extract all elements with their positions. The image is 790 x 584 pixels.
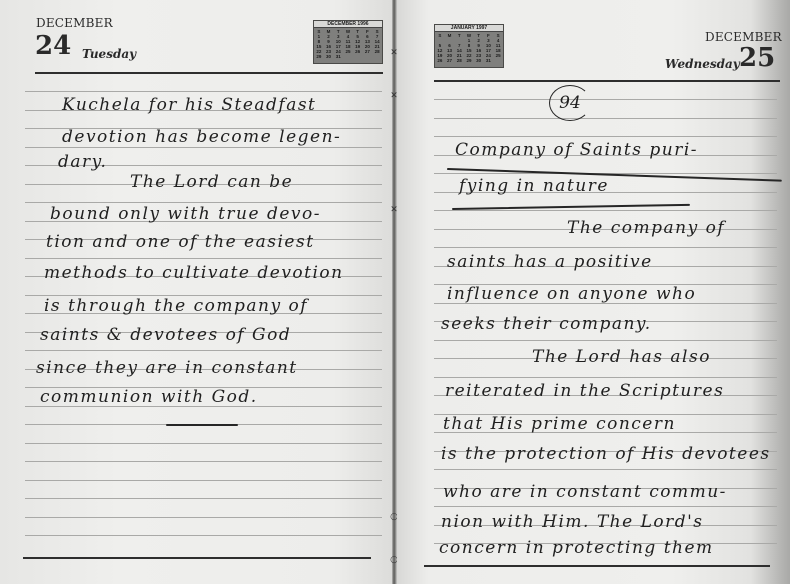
- ruled-line: [25, 517, 382, 518]
- cal-day: 29: [314, 54, 324, 59]
- handwritten-line: dary.: [58, 152, 107, 172]
- header-divider: [434, 80, 780, 82]
- ruled-line: [434, 99, 777, 100]
- handwritten-line: communion with God.: [40, 387, 258, 407]
- footer-divider: [23, 557, 371, 559]
- mini-calendar-title: DECEMBER 1996: [314, 21, 382, 28]
- ruled-line: [25, 535, 382, 536]
- ruled-line: [25, 202, 382, 203]
- ruled-line: [434, 469, 777, 470]
- handwritten-line: methods to cultivate devotion: [44, 263, 344, 283]
- cal-day: [372, 54, 382, 59]
- mini-calendar-title: JANUARY 1997: [435, 25, 503, 32]
- handwritten-line: bound only with true devo-: [50, 204, 321, 224]
- footer-divider: [424, 565, 770, 567]
- mini-calendar-grid: S M T W T F S 1 2 3 4 5 6 7 8: [435, 33, 503, 63]
- cal-day: [363, 54, 373, 59]
- ruled-line: [25, 461, 382, 462]
- ruled-line: [434, 210, 777, 211]
- cal-day: 31: [484, 58, 494, 63]
- mini-calendar-grid: S M T W T F S 1 2 3 4 5 6 7 8 9 10 1: [314, 29, 382, 59]
- ruled-line: [434, 136, 777, 137]
- handwritten-line: seeks their company.: [441, 314, 652, 334]
- left-month-label: DECEMBER: [36, 16, 113, 30]
- cal-day: 26: [435, 58, 445, 63]
- handwritten-line: influence on anyone who: [447, 284, 696, 304]
- end-of-entry-mark: [166, 424, 238, 426]
- handwritten-line: saints has a positive: [447, 252, 653, 272]
- ruled-line: [25, 91, 382, 92]
- handwritten-line: devotion has become legen-: [62, 127, 341, 147]
- entry-heading-line: fying in nature: [459, 176, 609, 196]
- diary-page-right: JANUARY 1997 S M T W T F S 1 2 3 4 5: [397, 0, 790, 584]
- cal-day: 27: [445, 58, 455, 63]
- handwritten-line: that His prime concern: [443, 414, 676, 434]
- ruled-line: [25, 350, 382, 351]
- handwritten-line: is the protection of His devotees: [441, 444, 771, 464]
- handwritten-line: saints & devotees of God: [40, 325, 291, 345]
- handwritten-line: tion and one of the easiest: [46, 232, 315, 252]
- left-weekday-label: Tuesday: [82, 47, 136, 61]
- right-weekday-label: Wednesday: [665, 57, 740, 71]
- right-day-number: 25: [739, 45, 775, 71]
- right-month-label: DECEMBER: [705, 30, 782, 44]
- left-day-number: 24: [35, 33, 71, 59]
- cal-day: 31: [333, 54, 343, 59]
- mini-calendar-december-1996: DECEMBER 1996 S M T W T F S 1 2 3 4 5 6 …: [313, 20, 383, 64]
- handwritten-line: reiterated in the Scriptures: [445, 381, 724, 401]
- handwritten-line: concern in protecting them: [439, 538, 714, 558]
- handwritten-line: The Lord can be: [130, 172, 293, 192]
- ruled-line: [434, 377, 777, 378]
- ruled-line: [434, 247, 777, 248]
- cal-day: 29: [464, 58, 474, 63]
- cal-day: 30: [324, 54, 334, 59]
- cal-day: 30: [474, 58, 484, 63]
- cal-day: [493, 58, 503, 63]
- ruled-line: [25, 498, 382, 499]
- handwritten-line: The Lord has also: [532, 347, 711, 367]
- handwritten-line: The company of: [567, 218, 725, 238]
- ruled-line: [25, 480, 382, 481]
- cal-day: 28: [454, 58, 464, 63]
- ruled-line: [25, 443, 382, 444]
- mini-calendar-january-1997: JANUARY 1997 S M T W T F S 1 2 3 4 5: [434, 24, 504, 68]
- handwritten-line: is through the company of: [44, 296, 308, 316]
- page-number-circled: 94: [549, 85, 591, 121]
- ruled-line: [25, 147, 382, 148]
- header-divider: [35, 72, 383, 74]
- handwritten-line: Kuchela for his Steadfast: [62, 95, 316, 115]
- ruled-line: [434, 506, 777, 507]
- handwritten-line: who are in constant commu-: [443, 482, 727, 502]
- ruled-line: [434, 340, 777, 341]
- handwritten-line: nion with Him. The Lord's: [441, 512, 704, 532]
- diary-page-left: DECEMBER 24 Tuesday DECEMBER 1996 S M T …: [0, 0, 393, 584]
- entry-heading-line: Company of Saints puri-: [455, 140, 698, 160]
- ruled-line: [25, 258, 382, 259]
- handwritten-line: since they are in constant: [36, 358, 298, 378]
- cal-day: [353, 54, 363, 59]
- ruled-line: [434, 118, 777, 119]
- cal-day: [343, 54, 353, 59]
